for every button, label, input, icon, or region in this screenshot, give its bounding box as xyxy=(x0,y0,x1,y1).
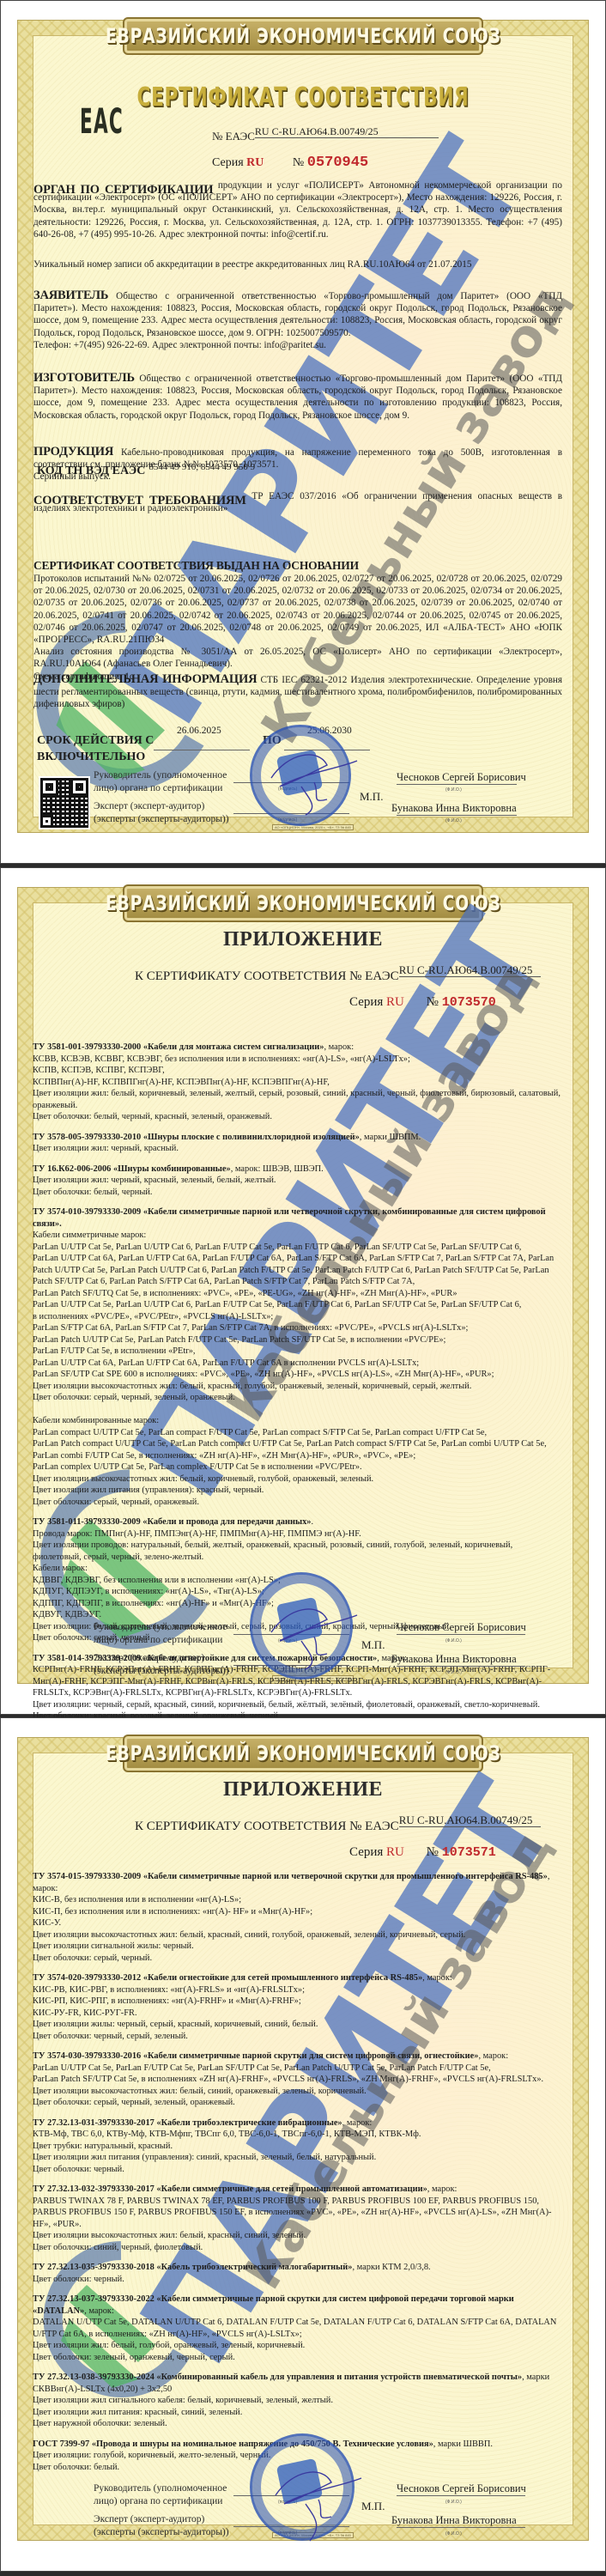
spec-line: Цвет оболочки: серый, черный, оранжевый. xyxy=(33,1497,562,1509)
spec-line: Цвет изоляции высокочастотных жил: белый… xyxy=(33,1381,562,1393)
spec-line: ParLan Patch SF/UTP Cat 5e, в исполнения… xyxy=(33,2074,562,2086)
appendix-page-2: ЕВРАЗИЙСКИЙ ЭКОНОМИЧЕСКИЙ СОЮЗ АО «ОПЦИО… xyxy=(0,1717,606,2572)
spec-section: ТУ 27.32.13-031-39793330-2017 «Кабели тр… xyxy=(33,2117,562,2176)
spec-line: ParLan Patch SF/UTQ Cat 5e, в исполнения… xyxy=(33,1288,562,1300)
union-banner: ЕВРАЗИЙСКИЙ ЭКОНОМИЧЕСКИЙ СОЮЗ xyxy=(123,1735,483,1772)
spec-line: Цвет изоляции жил: черный, красный, зеле… xyxy=(33,1175,562,1187)
manufacturer-section: ИЗГОТОВИТЕЛЬ Общество с ограниченной отв… xyxy=(33,372,562,422)
spec-section: ТУ 16.К62-006-2006 «Шнуры комбинированны… xyxy=(33,1163,562,1199)
requirements-section: СООТВЕТСТВУЕТ ТРЕБОВАНИЯМ ТР ЕАЭС 037/20… xyxy=(33,495,562,519)
spec-line: Цвет трубки: натуральный, красный. xyxy=(33,2141,562,2153)
spec-heading: ТУ 3574-010-39793330-2009 «Кабели симмет… xyxy=(33,1206,562,1230)
certificate-number: № ЕАЭСRU С-RU.АЮ64.В.00749/25 xyxy=(212,130,439,143)
spec-line: Цвет оболочки: черный. xyxy=(33,2274,562,2286)
spec-line: ParLan Patch compact U/UTP Cat 5e, ParLa… xyxy=(33,1438,562,1461)
spec-heading: ТУ 27.32.13-032-39793330-2017 «Кабели си… xyxy=(33,2184,562,2196)
spec-line: Цвет изоляции высокочастотных жил: белый… xyxy=(33,2086,562,2098)
appendix-series-line: Серия RU № 1073570 xyxy=(349,995,496,1010)
spec-line: DATALAN U/UTP Cat 5e, DATALAN U/UTP Cat … xyxy=(33,2317,562,2340)
spec-line: КИС-РУ-FR, КИС-РУГ-FR. xyxy=(33,2008,562,2020)
spec-line: ParLan SF/UTP Cat SPE 600 в исполнениях:… xyxy=(33,1369,562,1381)
spec-section: ТУ 3574-020-39793330-2012 «Кабели огнест… xyxy=(33,1972,562,2042)
spec-section: ТУ 3574-030-39793330-2016 «Кабели симмет… xyxy=(33,2050,562,2109)
hs-code-line: КОД ТН ВЭД ЕАЭС 8544 49 910, 8544 49 950… xyxy=(37,463,255,478)
spec-line: Цвет изоляции высокочастотных жил: белый… xyxy=(33,2230,562,2242)
spec-line: ParLan U/UTP Cat 5e, ParLan F/UTP Cat 5e… xyxy=(33,2063,562,2075)
validity-inclusive-label: ВКЛЮЧИТЕЛЬНО xyxy=(37,750,145,764)
series-line: Серия RU № 0570945 xyxy=(212,155,368,171)
spec-line: Цвет изоляции высокочастотных жил: белый… xyxy=(33,1473,562,1485)
union-banner: ЕВРАЗИЙСКИЙ ЭКОНОМИЧЕСКИЙ СОЮЗ xyxy=(123,17,483,55)
applicant-section: ЗАЯВИТЕЛЬ Общество с ограниченной ответс… xyxy=(33,289,562,351)
accreditation-line: Уникальный номер записи об аккредитации … xyxy=(33,258,562,270)
head-name: Чесноков Сергей Борисович xyxy=(397,771,526,784)
spec-line: Кабели комбинированные марок: xyxy=(33,1415,562,1427)
signature-icon xyxy=(267,748,361,817)
spec-section: ТУ 3574-015-39793330-2009 «Кабели симмет… xyxy=(33,1871,562,1964)
spec-line: КТВ-Мф, ТВС 6,0, КТВу-Мф, КТВ-Мфпг, ТВСп… xyxy=(33,2129,562,2141)
spec-line: Цвет оболочки: черный. xyxy=(33,2164,562,2176)
spec-heading: ТУ 27.32.13-037-39793330-2022 «Кабели си… xyxy=(33,2293,562,2317)
spec-line: Цвет изоляции жил: черный, красный. xyxy=(33,1143,562,1155)
spec-line: Цвет оболочки: белый, черный. xyxy=(33,1187,562,1199)
spec-line: Провода марок: ПМПнг(А)-HF, ПМПЭнг(А)-HF… xyxy=(33,1528,562,1540)
spec-line: ParLan compact U/UTP Cat 5e, ParLan comp… xyxy=(33,1427,562,1439)
signature-icon xyxy=(267,1602,361,1671)
spec-heading: ТУ 27.32.13-038-39793330-2024 «Комбиниро… xyxy=(33,2372,562,2395)
spec-line: КСВВ, КСВЭВ, КСВВГ, КСВЭВГ, без исполнен… xyxy=(33,1054,562,1066)
spec-heading: ТУ 27.32.13-031-39793330-2017 «Кабели тр… xyxy=(33,2117,562,2129)
spec-line: КИС-РВ, КИС-РВГ, в исполнениях: «нг(А)-F… xyxy=(33,1984,562,1996)
spec-section: ТУ 27.32.13-032-39793330-2017 «Кабели си… xyxy=(33,2184,562,2253)
spec-section: ТУ 27.32.13-035-39793330-2018 «Кабель тр… xyxy=(33,2262,562,2285)
appendix-series-line: Серия RU № 1073571 xyxy=(349,1845,496,1860)
spec-heading: ТУ 3574-015-39793330-2009 «Кабели симмет… xyxy=(33,1871,562,1894)
appendix-title: ПРИЛОЖЕНИЕ xyxy=(1,1778,605,1801)
appendix-blank-number: 1073571 xyxy=(442,1845,496,1860)
spec-line: ParLan Patch U/UTP Cat 5e, ParLan Patch … xyxy=(33,1334,562,1346)
union-title: ЕВРАЗИЙСКИЙ ЭКОНОМИЧЕСКИЙ СОЮЗ xyxy=(106,24,501,48)
spec-line: Цвет оболочки: черный, серый, зеленый. xyxy=(33,2031,562,2043)
appendix-cert-number: К СЕРТИФИКАТУ СООТВЕТСТВИЯ № ЕАЭСRU С-RU… xyxy=(135,969,541,984)
spec-heading: ТУ 3581-001-39793330-2000 «Кабели для мо… xyxy=(33,1042,562,1054)
spec-line: КСПВ, КСПЭВ, КСПВГ, КСПЭВГ, xyxy=(33,1065,562,1077)
basis-section: СЕРТИФИКАТ СООТВЕТСТВИЯ ВЫДАН НА ОСНОВАН… xyxy=(33,559,562,683)
spec-line: Кабели симметричные марок: xyxy=(33,1230,562,1242)
spec-line: ParLan F/UTP Cat 5e, в исполнении «PEtr»… xyxy=(33,1346,562,1358)
spec-line: Цвет изоляции жил питания (управления): … xyxy=(33,1485,562,1497)
spec-line: Цвет оболочки: серый, черный, зеленый, о… xyxy=(33,1392,562,1404)
blank-number: 0570945 xyxy=(307,155,368,171)
valid-from-date: 26.06.2025 xyxy=(177,726,221,736)
spec-line: ParLan S/FTP Cat 6A, ParLan S/FTP Cat 7,… xyxy=(33,1322,562,1334)
spec-line: Цвет изоляции жил питания (управления): … xyxy=(33,2152,562,2164)
appendix-title: ПРИЛОЖЕНИЕ xyxy=(1,928,605,951)
spec-line xyxy=(33,1404,562,1416)
spec-section: ТУ 3574-010-39793330-2009 «Кабели симмет… xyxy=(33,1206,562,1508)
spec-line: КСПВПнг(А)-HF, КСПВПГнг(А)-HF, КСПЭВПнг(… xyxy=(33,1077,562,1089)
spec-line: Цвет изоляции жил: белый, коричневый, зе… xyxy=(33,1088,562,1111)
spec-line: КИС-РП, КИС-РПГ, в исполнениях: «нг(А)-F… xyxy=(33,1996,562,2008)
spec-line: Цвет изоляции: черный, серый, красный, с… xyxy=(33,1699,562,1711)
spec-line: Цвет оболочки: серый, черный, зеленый, о… xyxy=(33,2097,562,2109)
spec-heading: ТУ 3574-020-39793330-2012 «Кабели огнест… xyxy=(33,1972,562,1984)
certificate-page: ЕВРАЗИЙСКИЙ ЭКОНОМИЧЕСКИЙ СОЮЗ АО «ОПЦИО… xyxy=(0,0,606,864)
spec-line: Цвет изоляции жил сигнального кабеля: бе… xyxy=(33,2395,562,2407)
hs-codes: 8544 49 910, 8544 49 950 9 xyxy=(148,462,255,472)
spec-line: Цвет изоляции жилы: черный, серый, красн… xyxy=(33,2019,562,2031)
seal-label: М.П. xyxy=(360,790,383,804)
spec-heading: ТУ 3574-030-39793330-2016 «Кабели симмет… xyxy=(33,2050,562,2063)
appendix-cert-number: К СЕРТИФИКАТУ СООТВЕТСТВИЯ № ЕАЭСRU С-RU… xyxy=(135,1820,541,1834)
spec-line: Цвет оболочки: белый, черный, красный, з… xyxy=(33,1111,562,1123)
spec-heading: ТУ 16.К62-006-2006 «Шнуры комбинированны… xyxy=(33,1163,562,1176)
series-value: RU xyxy=(246,156,264,169)
appendix-blank-number: 1073570 xyxy=(442,995,496,1010)
qr-code[interactable] xyxy=(40,778,88,828)
spec-heading: ТУ 27.32.13-035-39793330-2018 «Кабель тр… xyxy=(33,2262,562,2274)
spec-line: PARBUS TWINAX 78 F, PARBUS TWINAX 78 EF,… xyxy=(33,2196,562,2231)
spec-line: Цвет изоляции сигнальной жилы: черный. xyxy=(33,1941,562,1953)
spec-line: Цвет наружной оболочки: зеленый. xyxy=(33,2418,562,2430)
spec-line: ParLan complex U/UTP Cat 5e, ParLan comp… xyxy=(33,1461,562,1473)
spec-section: ТУ 27.32.13-037-39793330-2022 «Кабели си… xyxy=(33,2293,562,2363)
spec-line: Цвет изоляции проводов: натуральный, бел… xyxy=(33,1540,562,1563)
spec-line: ParLan U/UTP Cat 5e, ParLan U/UTP Cat 6,… xyxy=(33,1299,562,1311)
union-banner: ЕВРАЗИЙСКИЙ ЭКОНОМИЧЕСКИЙ СОЮЗ xyxy=(123,884,483,922)
spec-heading: ТУ 3581-011-39793330-2009 «Кабели и пров… xyxy=(33,1516,562,1528)
certificate-number-value: RU С-RU.АЮ64.В.00749/25 xyxy=(255,125,439,138)
spec-line: КИС-П, без исполнения или в исполнениях:… xyxy=(33,1906,562,1918)
certification-body-section: ОРГАН ПО СЕРТИФИКАЦИИ продукции и услуг … xyxy=(33,179,562,240)
spec-line: Цвет изоляции жил: белый, голубой, оранж… xyxy=(33,2340,562,2352)
spec-line: Цвет оболочки: серый, черный. xyxy=(33,1953,562,1965)
spec-heading: ТУ 3578-005-39793330-2010 «Шнуры плоские… xyxy=(33,1132,562,1144)
spec-line: Цвет оболочки: зеленый, оранжевый, черны… xyxy=(33,2352,562,2364)
spec-section: ТУ 3578-005-39793330-2010 «Шнуры плоские… xyxy=(33,1132,562,1155)
spec-line: Цвет изоляции жил питания: красный, сини… xyxy=(33,2407,562,2419)
spec-line: КИС-У. xyxy=(33,1917,562,1929)
expert-name: Бунакова Инна Викторовна xyxy=(391,802,517,815)
spec-line: ParLan U/UTP Cat 6A, ParLan U/FTP Cat 6A… xyxy=(33,1358,562,1370)
spec-section: ТУ 3581-001-39793330-2000 «Кабели для мо… xyxy=(33,1042,562,1123)
certificate-title: СЕРТИФИКАТ СООТВЕТСТВИЯ xyxy=(86,82,521,112)
validity-from-label: СРОК ДЕЙСТВИЯ С xyxy=(37,734,154,748)
spec-line: в исполнениях «PVC/PE», «PVC/PEtr», «PVC… xyxy=(33,1311,562,1323)
spec-line: Цвет оболочки: синий, черный, фиолетовый… xyxy=(33,2242,562,2254)
appendix-2-content: ТУ 3574-015-39793330-2009 «Кабели симмет… xyxy=(33,1871,562,2482)
spec-line: КИС-В, без исполнения или в исполнении «… xyxy=(33,1894,562,1906)
spec-line: ParLan U/UTP Cat 5e, ParLan U/UTP Cat 6,… xyxy=(33,1242,562,1254)
appendix-page-1: ЕВРАЗИЙСКИЙ ЭКОНОМИЧЕСКИЙ СОЮЗ АО «ОПЦИО… xyxy=(0,867,606,1715)
spec-line: Цвет изоляции высокочастотных жил: белый… xyxy=(33,1929,562,1941)
spec-section: ТУ 27.32.13-038-39793330-2024 «Комбиниро… xyxy=(33,2372,562,2430)
signature-icon xyxy=(271,2465,366,2543)
spec-line: ParLan U/UTP Cat 6A, ParLan U/FTP Cat 6A… xyxy=(33,1253,562,1288)
additional-info-section: ДОПОЛНИТЕЛЬНАЯ ИНФОРМАЦИЯ СТБ IEC 62321-… xyxy=(33,673,562,711)
